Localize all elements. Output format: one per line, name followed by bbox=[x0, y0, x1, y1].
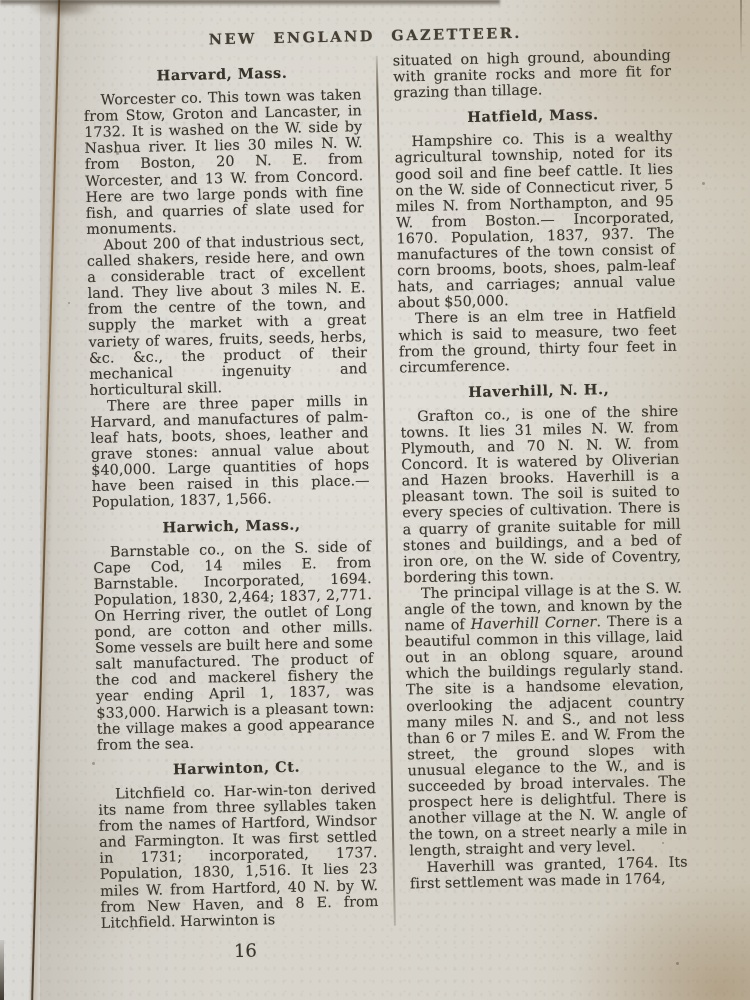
continuation-paragraph: situated on high ground, abounding with … bbox=[393, 48, 672, 102]
text-columns: Harvard, Mass. Worcester co. This town w… bbox=[83, 48, 689, 932]
entry-heading-haverhill: Haverhill, N. H., bbox=[400, 380, 678, 402]
book-page-photo: NEW ENGLAND GAZETTEER. Harvard, Mass. Wo… bbox=[0, 0, 750, 1000]
right-column: situated on high ground, abounding with … bbox=[393, 48, 689, 925]
page-content: NEW ENGLAND GAZETTEER. Harvard, Mass. Wo… bbox=[0, 0, 750, 1000]
entry-heading-harwich: Harwich, Mass., bbox=[92, 516, 370, 538]
hatfield-paragraph-1: Hampshire co. This is a wealthy agricult… bbox=[394, 129, 676, 312]
entry-heading-harwinton: Harwinton, Ct. bbox=[97, 758, 375, 780]
bottom-left-photo-edge bbox=[0, 940, 4, 1000]
left-column: Harvard, Mass. Worcester co. This town w… bbox=[83, 54, 379, 931]
haverhill-closing-paragraph: Haverhill was granted, 1764. Its first s… bbox=[410, 854, 689, 892]
harwich-paragraph-1: Barnstable co., on the S. side of Cape C… bbox=[93, 539, 375, 754]
column-divider-rule bbox=[376, 56, 396, 926]
page-number: 16 bbox=[205, 940, 285, 963]
village-text-after: . There is a beautiful common in this vi… bbox=[405, 613, 687, 860]
harvard-paragraph-3: There are three paper mills in Harvard, … bbox=[90, 393, 370, 511]
haverhill-village-paragraph: The principal village is at the S. W. an… bbox=[404, 580, 688, 859]
hatfield-paragraph-2: There is an elm tree in Hatfield which i… bbox=[398, 306, 677, 376]
entry-heading-hatfield: Hatfield, Mass. bbox=[394, 106, 672, 128]
harvard-paragraph-2: About 200 of that industrious sect, call… bbox=[86, 232, 367, 399]
harwinton-paragraph-1: Litchfield co. Har-win-ton derived its n… bbox=[98, 781, 379, 932]
haverhill-paragraph-1: Grafton co., is one of the shire towns. … bbox=[400, 404, 682, 587]
entry-heading-harvard: Harvard, Mass. bbox=[83, 64, 361, 86]
harvard-paragraph-1: Worcester co. This town was taken from S… bbox=[83, 87, 364, 238]
